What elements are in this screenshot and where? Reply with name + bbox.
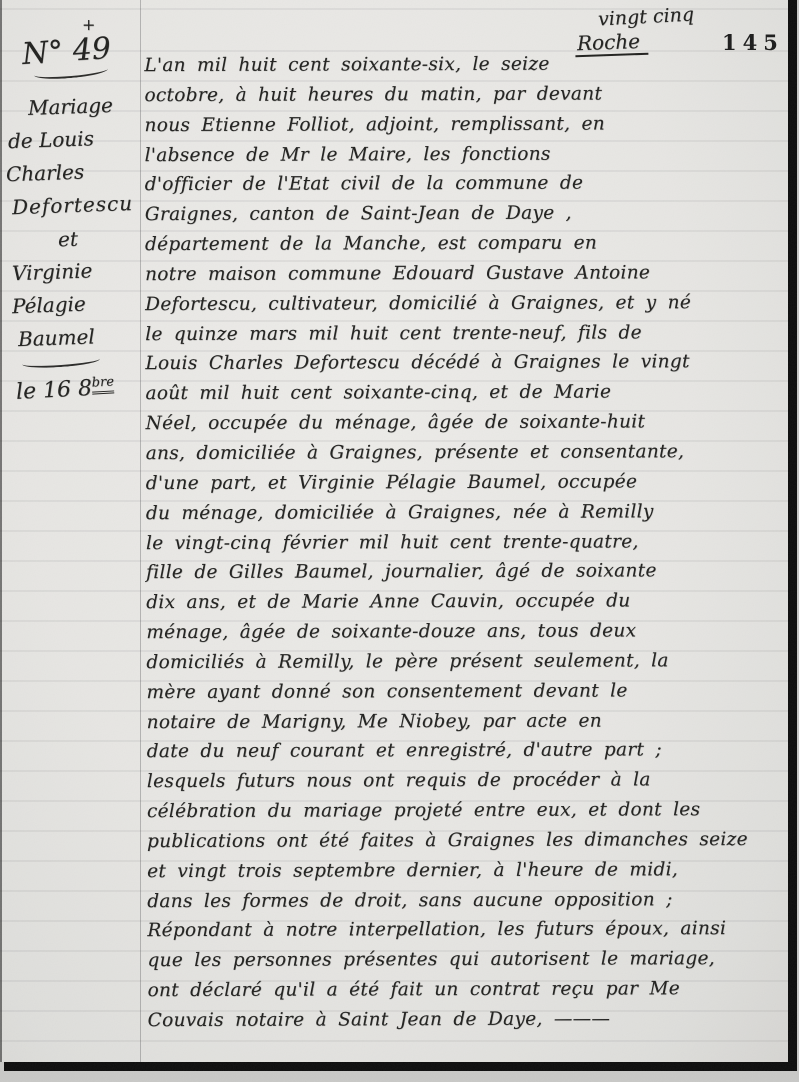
act-body-line: lesquels futurs nous ont requis de procé… [147,765,787,797]
margin-note: + N° 49 Mariagede LouisCharlesDefortescu… [6,18,138,402]
margin-title-line: Baumel [17,319,138,356]
act-body: L'an mil huit cent soixante-six, le seiz… [144,49,787,1036]
act-body-line: mère ayant donné son consentement devant… [146,676,786,708]
act-body-line: que les personnes présentes qui autorise… [147,944,787,976]
margin-rule-line [140,0,141,1062]
margin-flourish [22,353,101,369]
act-body-line: août mil huit cent soixante-cinq, et de … [145,377,785,409]
act-body-line: Defortescu, cultivateur, domicilié à Gra… [145,288,785,320]
act-date: le 16 8bre [15,374,114,404]
margin-title-line: Charles [5,154,138,192]
act-body-line: Répondant à notre interpellation, les fu… [147,914,787,946]
act-body-line: le vingt-cinq février mil huit cent tren… [146,526,786,558]
scan-edge-bottom [4,1062,797,1071]
act-body-line: du ménage, domiciliée à Graignes, née à … [146,497,786,529]
scan-edge-left [0,0,2,1062]
act-body-line: domiciliés à Remilly, le père présent se… [146,646,786,678]
margin-title-line: et [57,221,138,257]
act-body-line: publications ont été faites à Graignes l… [147,825,787,857]
act-body-line: ans, domiciliée à Graignes, présente et … [146,437,786,469]
act-body-line: L'an mil huit cent soixante-six, le seiz… [144,49,784,81]
act-body-line: ont déclaré qu'il a été fait un contrat … [148,974,788,1006]
act-body-line: département de la Manche, est comparu en [145,228,785,260]
act-body-line: le quinze mars mil huit cent trente-neuf… [145,317,785,349]
margin-title-line: Defortescu [11,187,138,224]
margin-title-line: Mariage [27,88,138,125]
act-body-line: octobre, à huit heures du matin, par dev… [144,79,784,111]
act-body-line: dans les formes de droit, sans aucune op… [147,885,787,917]
margin-title-line: Pélagie [11,286,138,323]
act-body-line: et vingt trois septembre dernier, à l'he… [147,855,787,887]
margin-title-lines: Mariagede LouisCharlesDefortescuetVirgin… [6,90,138,354]
act-body-line: fille de Gilles Baumel, journalier, âgé … [146,556,786,588]
margin-title-line: Virginie [11,253,138,290]
act-body-line: Louis Charles Defortescu décédé à Graign… [145,347,785,379]
act-body-line: dix ans, et de Marie Anne Cauvin, occupé… [146,586,786,618]
act-body-line: ménage, âgée de soixante-douze ans, tous… [146,616,786,648]
act-body-line: d'une part, et Virginie Pélagie Baumel, … [146,467,786,499]
act-body-line: célébration du mariage projeté entre eux… [147,795,787,827]
act-body-line: Couvais notaire à Saint Jean de Daye, ——… [148,1004,788,1036]
act-body-line: notre maison commune Edouard Gustave Ant… [145,258,785,290]
margin-title-line: de Louis [7,121,138,159]
scanned-register-page: 145 vingt cinq Roche + N° 49 Mariagede L… [0,0,799,1082]
act-body-line: Néel, occupée du ménage, âgée de soixant… [146,407,786,439]
act-body-line: nous Etienne Folliot, adjoint, remplissa… [144,109,784,141]
act-date-prefix: le 16 8 [15,376,92,405]
act-body-line: Graignes, canton de Saint-Jean de Daye , [145,198,785,230]
act-body-line: l'absence de Mr le Maire, les fonctions [145,138,785,170]
act-body-line: d'officier de l'Etat civil de la commune… [145,168,785,200]
scan-edge-right [788,0,797,1071]
act-date-superscript: bre [91,374,114,394]
act-body-line: notaire de Marigny, Me Niobey, par acte … [147,705,787,737]
act-body-line: date du neuf courant et enregistré, d'au… [147,735,787,767]
